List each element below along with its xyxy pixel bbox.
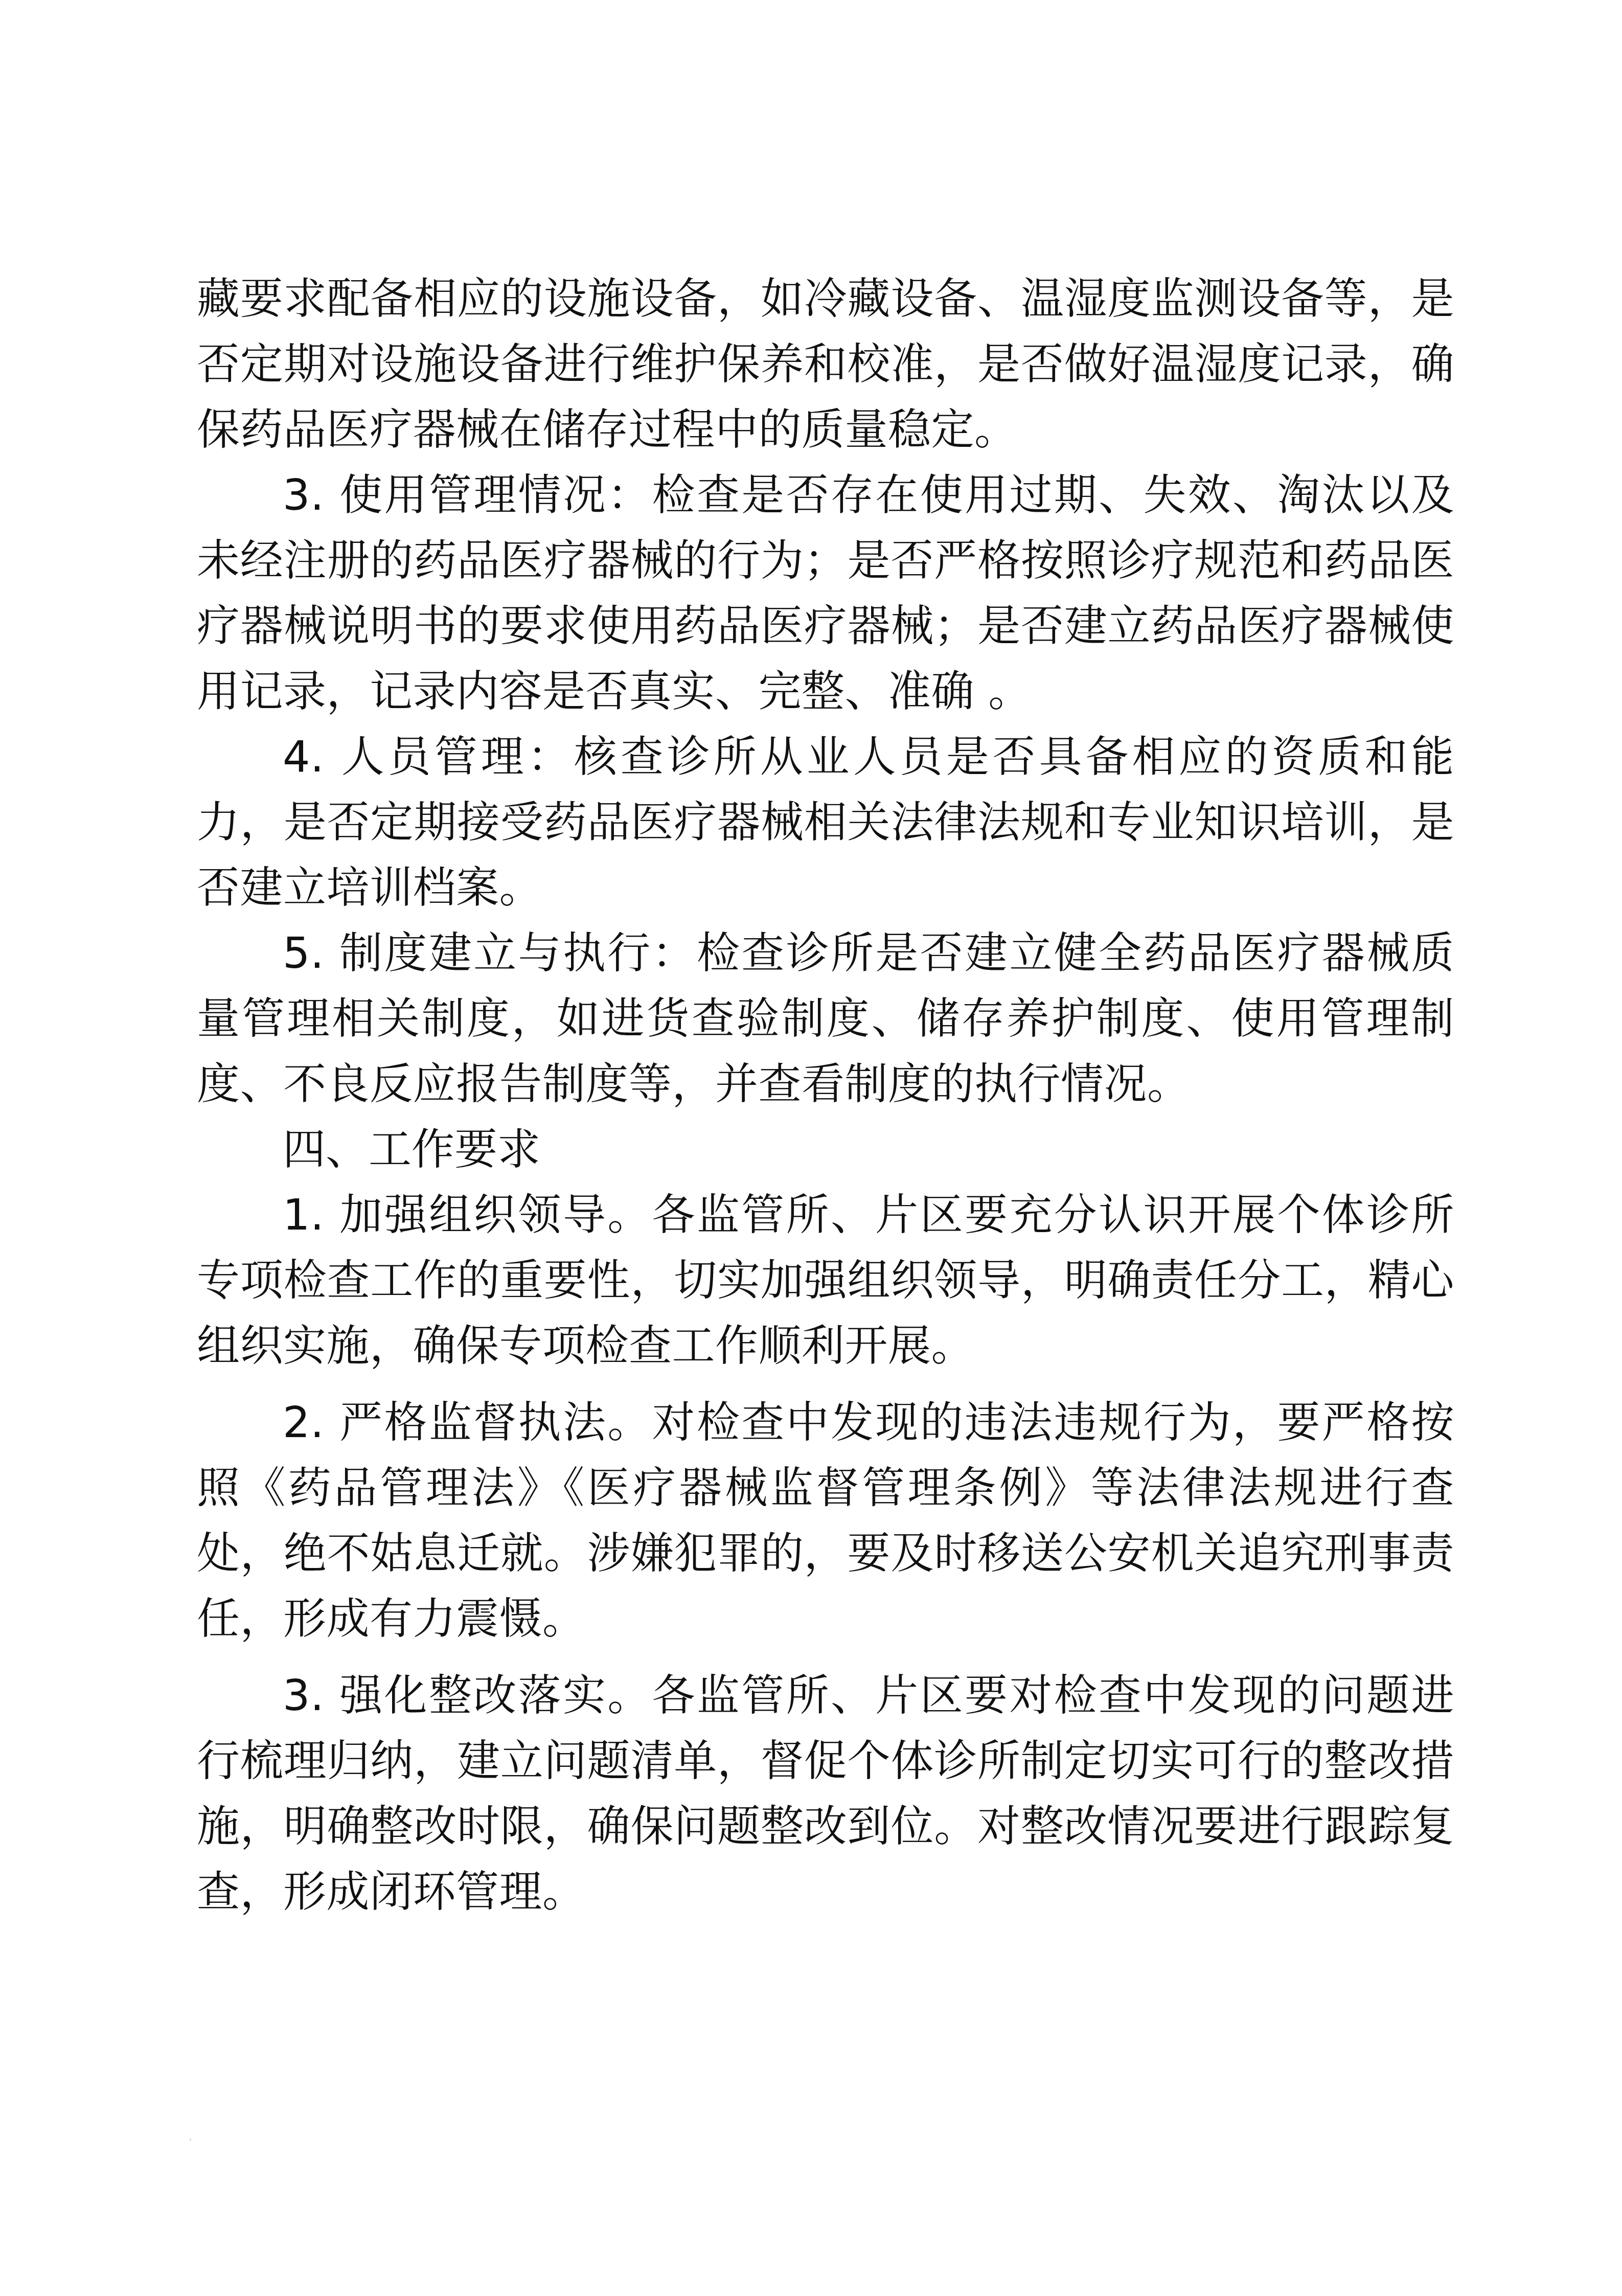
paragraph-storage-continued: 藏要求配备相应的设施设备，如冷藏设备、温湿度监测设备等，是否定期对设施设备进行维… <box>197 266 1454 462</box>
paragraph-system-establishment: 5. 制度建立与执行：检查诊所是否建立健全药品医疗器械质量管理相关制度，如进货查… <box>197 920 1454 1117</box>
requirement-strict-enforcement: 2. 严格监督执法。对检查中发现的违法违规行为，要严格按照《药品管理法》《医疗器… <box>197 1390 1454 1651</box>
section-heading-work-requirements: 四、工作要求 <box>197 1117 1454 1182</box>
document-page: 藏要求配备相应的设施设备，如冷藏设备、温湿度监测设备等，是否定期对设施设备进行维… <box>197 266 1454 1924</box>
paragraph-personnel-management: 4. 人员管理：核查诊所从业人员是否具备相应的资质和能力，是否定期接受药品医疗器… <box>197 724 1454 920</box>
scan-speck <box>190 2139 191 2141</box>
requirement-rectification: 3. 强化整改落实。各监管所、片区要对检查中发现的问题进行梳理归纳，建立问题清单… <box>197 1663 1454 1924</box>
paragraph-usage-management: 3. 使用管理情况：检查是否存在使用过期、失效、淘汰以及未经注册的药品医疗器械的… <box>197 462 1454 724</box>
requirement-strengthen-leadership: 1. 加强组织领导。各监管所、片区要充分认识开展个体诊所专项检查工作的重要性，切… <box>197 1182 1454 1378</box>
